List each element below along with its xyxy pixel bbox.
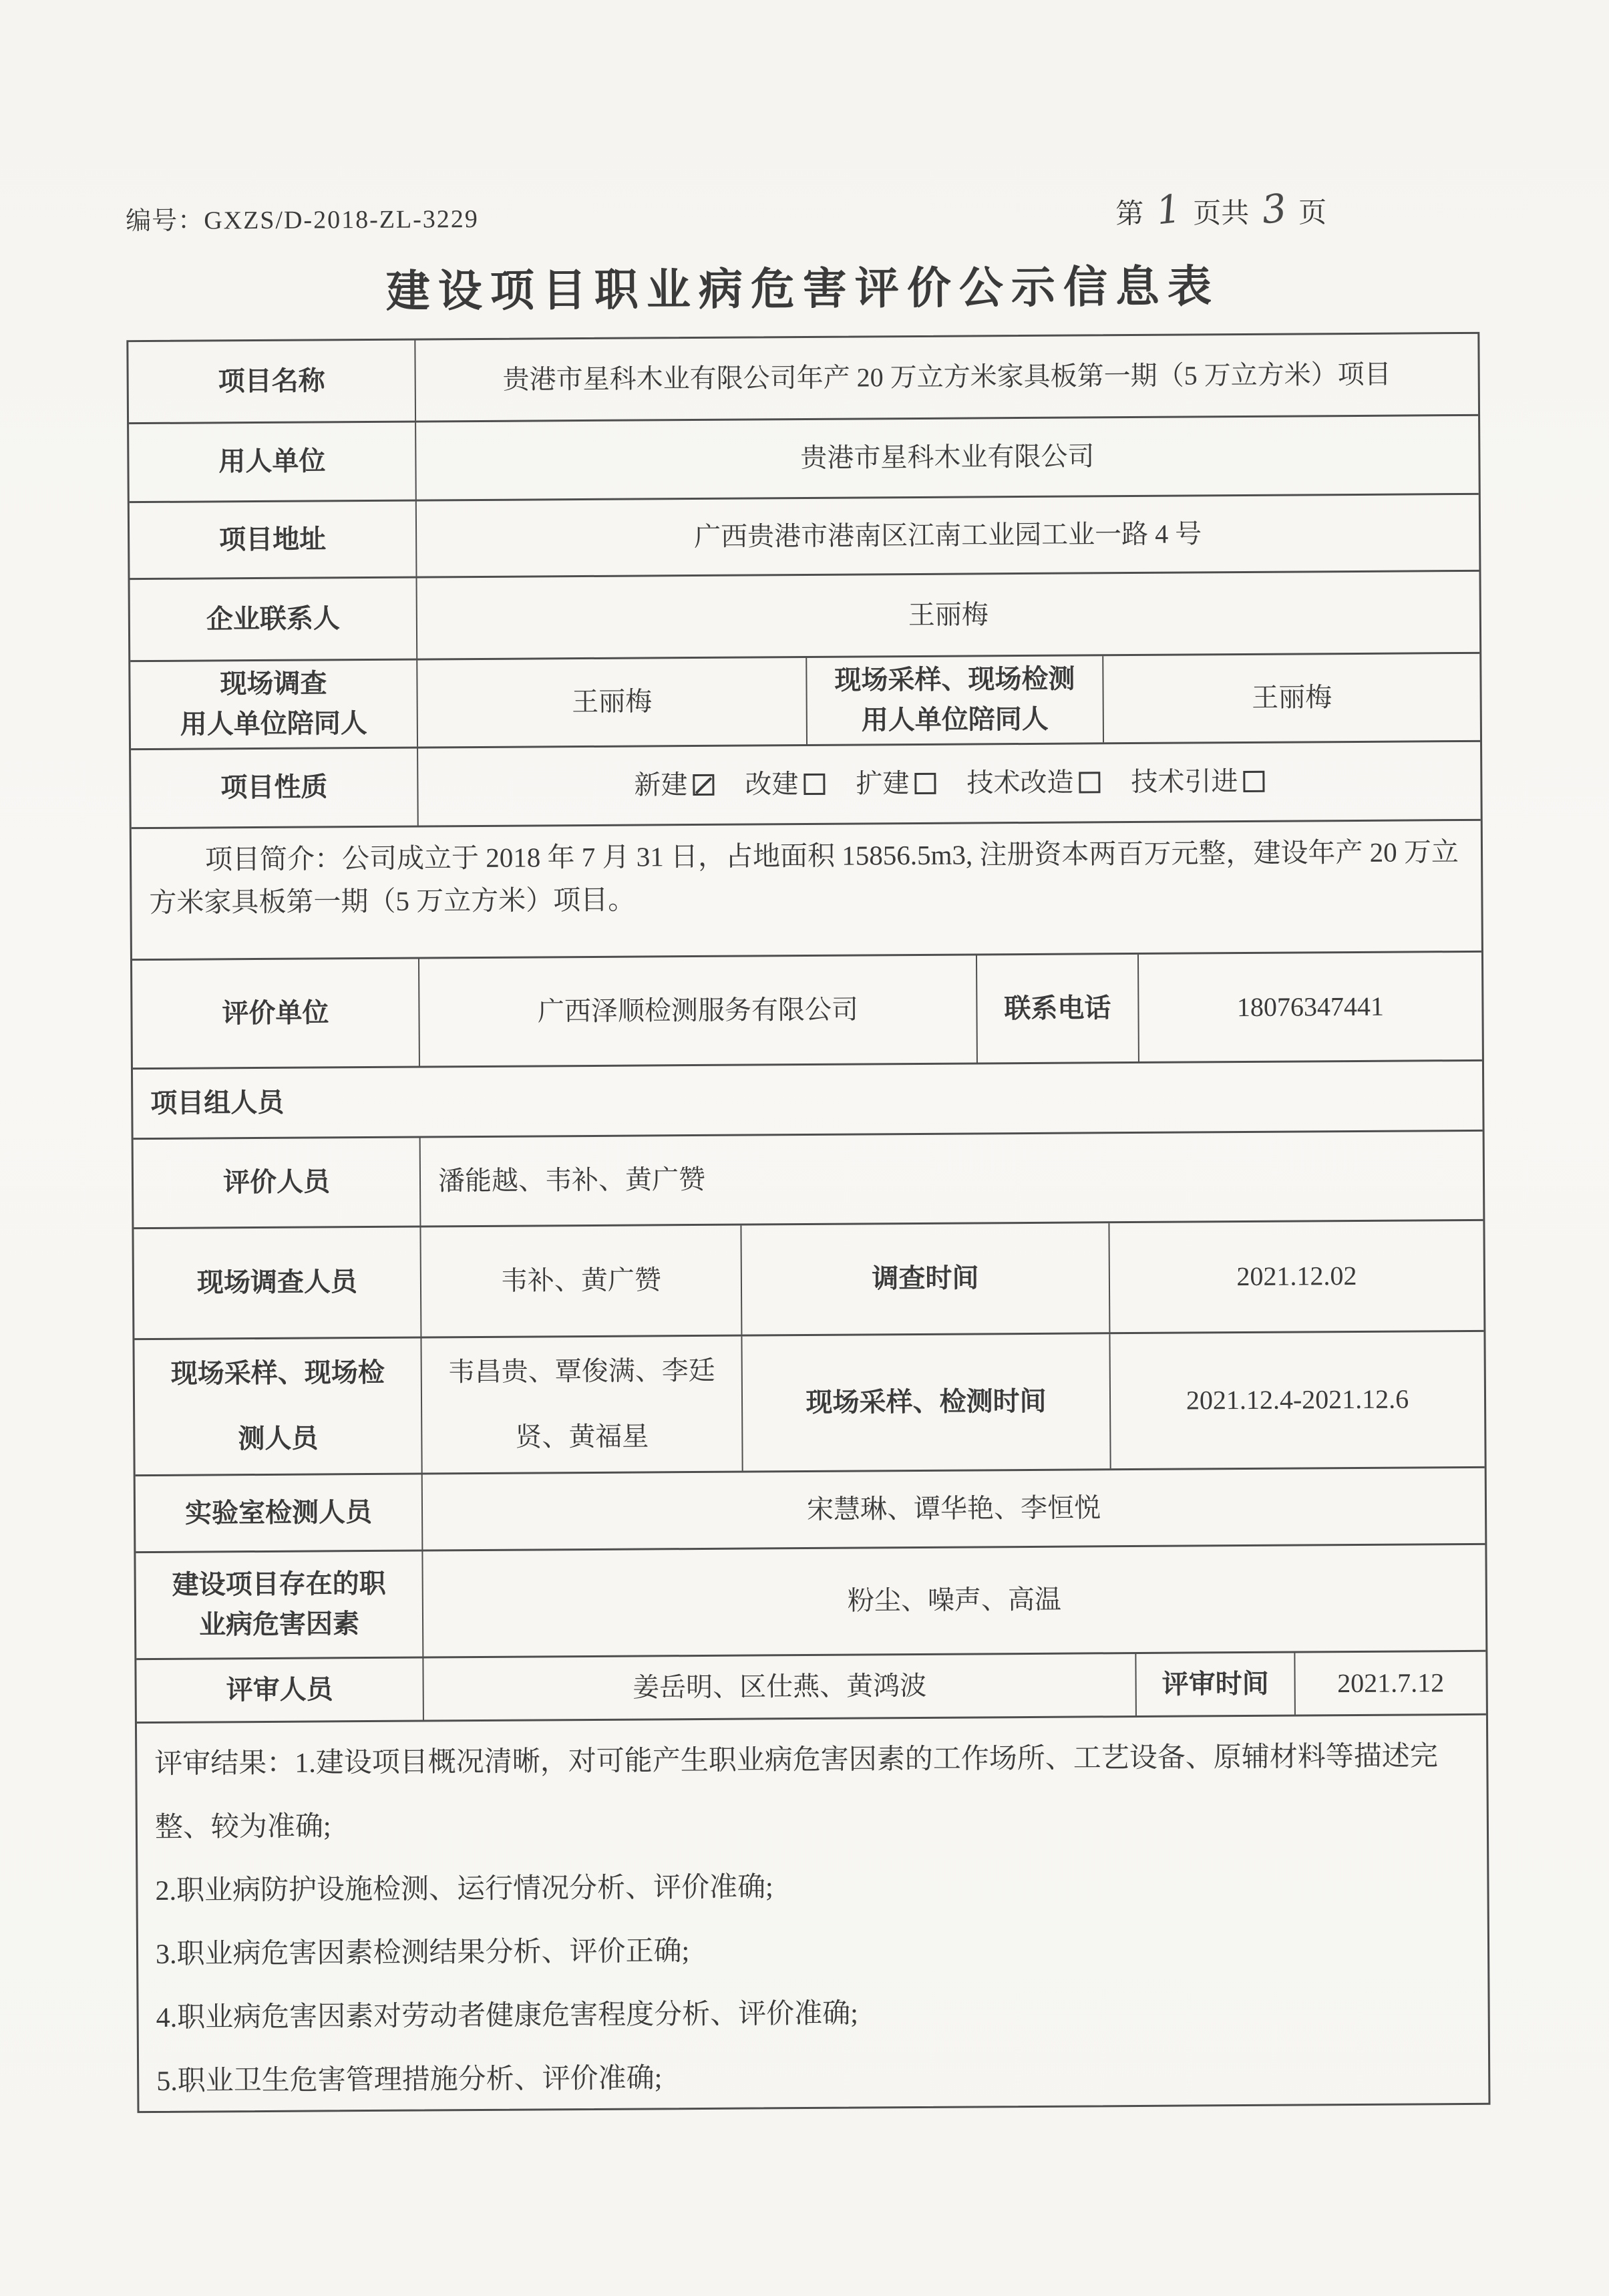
page-word-ye: 页 <box>1298 198 1326 228</box>
eval-staff-label: 评价人员 <box>134 1138 420 1227</box>
survey-time-label: 调查时间 <box>740 1223 1109 1334</box>
row-sampling-staff: 现场采样、现场检 测人员 韦昌贵、覃俊满、李廷 贤、黄福星 现场采样、检测时间 … <box>134 1329 1484 1474</box>
nature-options-wrap: 新建 改建 扩建 技术改造 技术引进 <box>634 762 1264 806</box>
row-review-staff: 评审人员 姜岳明、区仕燕、黄鸿波 评审时间 2021.7.12 <box>136 1649 1486 1721</box>
row-evaluator: 评价单位 广西泽顺检测服务有限公司 联系电话 18076347441 <box>132 950 1482 1067</box>
company-contact-label: 企业联系人 <box>130 578 417 660</box>
nature-option-label: 改建 <box>745 769 798 799</box>
row-hazards: 建设项目存在的职 业病危害因素 粉尘、噪声、高温 <box>136 1542 1485 1657</box>
review-time-label: 评审时间 <box>1135 1653 1294 1715</box>
doc-number: 编号：GXZS/D-2018-ZL-3229 <box>126 198 479 236</box>
nature-option-renovation: 改建 <box>745 764 825 805</box>
project-nature-options: 新建 改建 扩建 技术改造 技术引进 <box>417 742 1481 825</box>
info-table: 项目名称 贵港市星科木业有限公司年产 20 万立方米家具板第一期（5 万立方米）… <box>126 331 1490 2112</box>
document-sheet: 编号：GXZS/D-2018-ZL-3229 第 1 页共 3 页 建设项目职业… <box>126 190 1490 2113</box>
project-name-value: 贵港市星科木业有限公司年产 20 万立方米家具板第一期（5 万立方米）项目 <box>414 333 1478 420</box>
phone-label: 联系电话 <box>976 955 1138 1062</box>
eval-staff-value: 潘能越、韦补、黄广赞 <box>419 1131 1483 1225</box>
project-nature-label: 项目性质 <box>131 748 417 827</box>
document-header: 编号：GXZS/D-2018-ZL-3229 第 1 页共 3 页 <box>126 190 1479 234</box>
checkbox-renovation-icon <box>803 774 825 795</box>
project-address-value: 广西贵港市港南区江南工业园工业一路 4 号 <box>415 494 1479 576</box>
survey-staff-value: 韦补、黄广赞 <box>419 1225 741 1336</box>
employer-label: 用人单位 <box>129 422 415 501</box>
row-project-nature: 项目性质 新建 改建 扩建 技术改造 技术引进 <box>131 740 1481 826</box>
row-survey-staff: 现场调查人员 韦补、黄广赞 调查时间 2021.12.02 <box>134 1218 1483 1337</box>
row-team-header: 项目组人员 <box>133 1059 1483 1137</box>
review-time-value: 2021.7.12 <box>1294 1651 1486 1714</box>
sampling-staff-label: 现场采样、现场检 测人员 <box>134 1338 421 1474</box>
survey-time-value: 2021.12.02 <box>1108 1220 1483 1331</box>
row-employer: 用人单位 贵港市星科木业有限公司 <box>129 414 1479 500</box>
page-indicator: 第 1 页共 3 页 <box>1115 190 1326 232</box>
site-survey-escort-label: 现场调查 用人单位陪同人 <box>130 660 417 748</box>
project-intro: 项目简介：公司成立于 2018 年 7 月 31 日，占地面积 15856.5m… <box>132 820 1481 958</box>
nature-option-expansion: 扩建 <box>856 764 936 804</box>
review-result-line: 5.职业卫生危害管理措施分析、评价准确; <box>156 2042 1471 2114</box>
document-title: 建设项目职业病危害评价公示信息表 <box>126 262 1479 319</box>
review-result: 评审结果：1.建设项目概况清晰，对可能产生职业病危害因素的工作场所、工艺设备、原… <box>137 1715 1489 2110</box>
employer-value: 贵港市星科木业有限公司 <box>415 416 1479 499</box>
lab-staff-value: 宋慧琳、谭华艳、李恒悦 <box>421 1468 1485 1549</box>
row-lab-staff: 实验室检测人员 宋慧琳、谭华艳、李恒悦 <box>136 1466 1485 1550</box>
doc-number-value: GXZS/D-2018-ZL-3229 <box>204 205 479 235</box>
sampling-time-label: 现场采样、检测时间 <box>741 1334 1109 1470</box>
project-name-label: 项目名称 <box>128 340 415 422</box>
evaluator-value: 广西泽顺检测服务有限公司 <box>418 955 976 1065</box>
row-project-name: 项目名称 贵港市星科木业有限公司年产 20 万立方米家具板第一期（5 万立方米）… <box>128 333 1478 422</box>
sampling-time-value: 2021.12.4-2021.12.6 <box>1109 1331 1484 1468</box>
project-address-label: 项目地址 <box>130 501 416 578</box>
row-escorts: 现场调查 用人单位陪同人 王丽梅 现场采样、现场检测 用人单位陪同人 王丽梅 <box>130 651 1480 748</box>
row-review-result: 评审结果：1.建设项目概况清晰，对可能产生职业病危害因素的工作场所、工艺设备、原… <box>137 1713 1489 2110</box>
company-contact-value: 王丽梅 <box>415 571 1479 658</box>
review-result-line: 4.职业病危害因素对劳动者健康危害程度分析、评价准确; <box>156 1979 1471 2050</box>
sampling-staff-value: 韦昌贵、覃俊满、李廷 贤、黄福星 <box>420 1336 741 1472</box>
evaluator-label: 评价单位 <box>132 959 419 1068</box>
scanned-document-page: 编号：GXZS/D-2018-ZL-3229 第 1 页共 3 页 建设项目职业… <box>0 0 1609 2296</box>
checkbox-new-construction-icon <box>693 774 714 796</box>
site-survey-escort-value: 王丽梅 <box>416 658 806 747</box>
team-section-header: 项目组人员 <box>133 1061 1483 1137</box>
sampling-escort-label: 现场采样、现场检测 用人单位陪同人 <box>806 656 1103 744</box>
nature-option-label: 技术改造 <box>966 768 1073 798</box>
hazards-value: 粉尘、噪声、高温 <box>421 1544 1485 1656</box>
sampling-escort-value: 王丽梅 <box>1102 653 1480 742</box>
review-staff-value: 姜岳明、区仕燕、黄鸿波 <box>422 1654 1135 1720</box>
checkbox-expansion-icon <box>914 773 936 794</box>
checkbox-technology-import-icon <box>1243 771 1264 792</box>
page-current-handwritten: 1 <box>1149 194 1188 225</box>
checkbox-technical-renovation-icon <box>1079 772 1100 793</box>
row-company-contact: 企业联系人 王丽梅 <box>130 569 1479 659</box>
nature-option-new-construction: 新建 <box>634 765 714 806</box>
review-result-line: 评审结果：1.建设项目概况清晰，对可能产生职业病危害因素的工作场所、工艺设备、原… <box>154 1725 1469 1860</box>
row-project-address: 项目地址 广西贵港市港南区江南工业园工业一路 4 号 <box>130 492 1479 577</box>
nature-option-technical-renovation: 技术改造 <box>966 762 1100 803</box>
page-word-di: 第 <box>1115 199 1143 230</box>
nature-option-label: 技术引进 <box>1131 766 1238 797</box>
project-intro-text: 项目简介：公司成立于 2018 年 7 月 31 日，占地面积 15856.5m… <box>149 830 1464 924</box>
lab-staff-label: 实验室检测人员 <box>136 1474 422 1551</box>
review-staff-label: 评审人员 <box>136 1658 423 1721</box>
review-result-line: 3.职业病危害因素检测结果分析、评价正确; <box>156 1915 1471 1987</box>
review-result-line: 2.职业病防护设施检测、运行情况分析、评价准确; <box>155 1852 1470 1923</box>
nature-option-label: 新建 <box>634 770 687 800</box>
doc-number-label: 编号： <box>126 206 204 235</box>
hazards-label: 建设项目存在的职 业病危害因素 <box>136 1551 422 1658</box>
row-project-intro: 项目简介：公司成立于 2018 年 7 月 31 日，占地面积 15856.5m… <box>132 818 1481 958</box>
nature-option-label: 扩建 <box>856 768 909 798</box>
page-word-yegong: 页共 <box>1193 198 1249 230</box>
row-eval-staff: 评价人员 潘能越、韦补、黄广赞 <box>134 1129 1483 1226</box>
page-total-handwritten: 3 <box>1255 194 1293 224</box>
phone-value: 18076347441 <box>1137 952 1482 1061</box>
survey-staff-label: 现场调查人员 <box>134 1227 420 1338</box>
nature-option-technology-import: 技术引进 <box>1131 762 1264 802</box>
